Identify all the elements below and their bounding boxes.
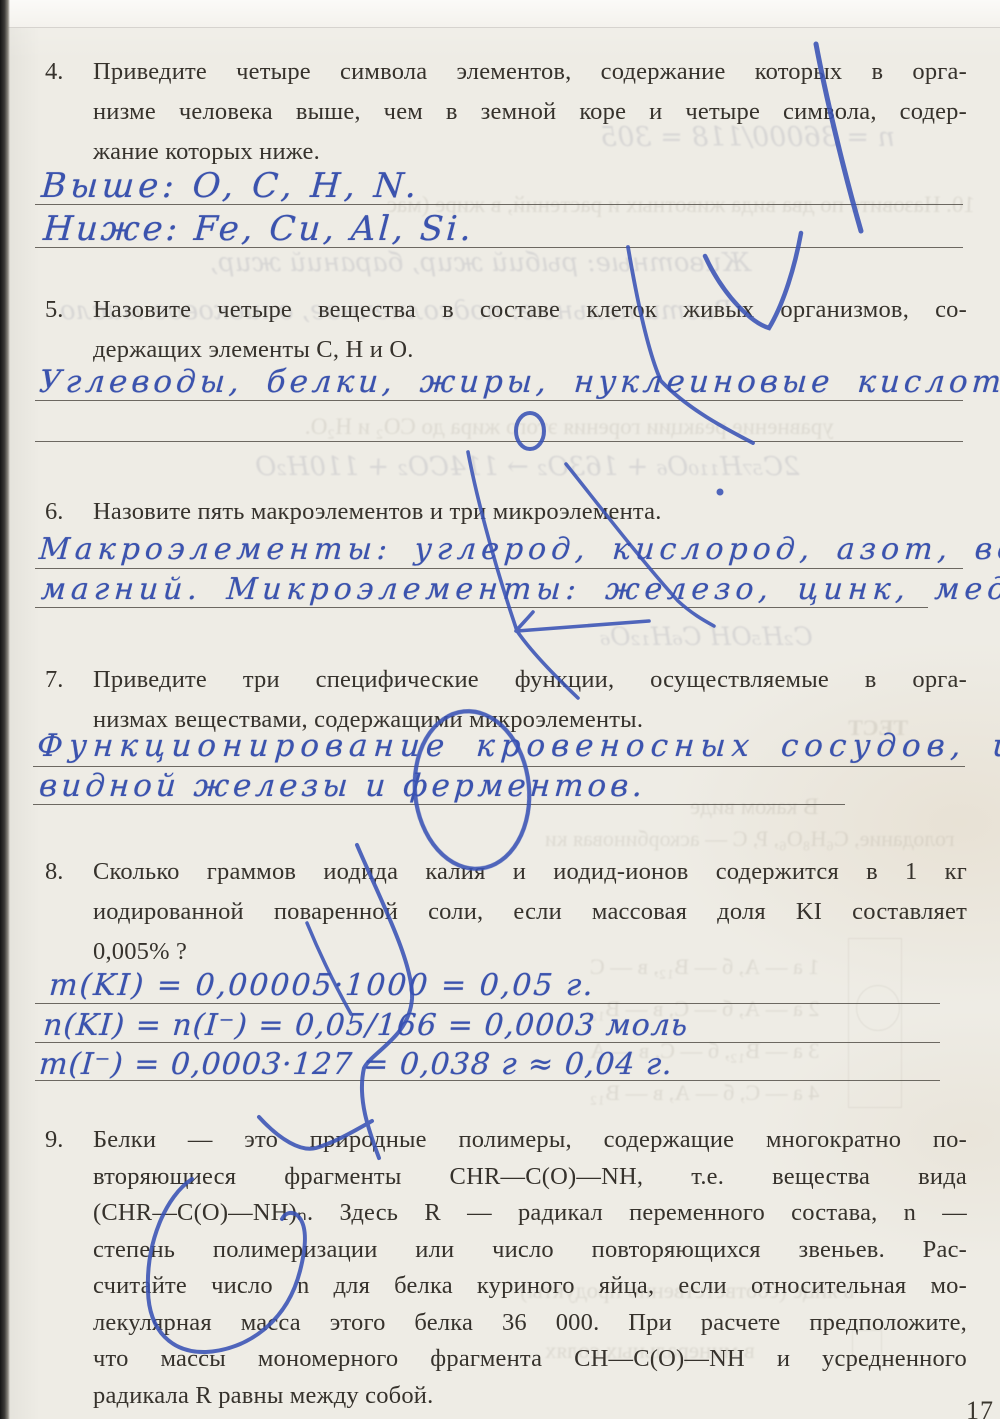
bleedthrough-text: 2C₅₇H₁₁₀O₆ + 163O₂ → 114CO₂ + 110H₂O [254,452,800,482]
handwritten-answer: Макроэлементы: углерод, кислород, азот, … [38,532,1000,567]
question-4: Приведите четыре символа элементов, соде… [93,52,967,172]
question-text-line: степень полимеризации или число повторяю… [93,1232,967,1269]
answer-ruled-line [35,568,963,569]
handwritten-answer: Функционирование кровеносных сосудов, щи… [36,728,1000,764]
question-text-line: Назовите пять макроэлементов и три микро… [93,492,967,532]
question-text-line: иодированной поваренной соли, если массо… [93,892,967,932]
bleedthrough-circle [856,985,900,1031]
answer-ruled-line [33,804,845,805]
pen-circle [516,413,544,449]
question-text-line: 0,005% ? [93,932,967,972]
scan-top-edge [0,0,1000,28]
answer-ruled-line [33,766,965,767]
question-6: Назовите пять макроэлементов и три микро… [93,492,967,532]
bleedthrough-text: C₂H₅OH C₆H₁₂O₆ [599,622,813,651]
handwritten-answer: видной железы и ферментов. [38,768,647,804]
question-text-line: Белки — это природные полимеры, содержащ… [93,1122,967,1159]
handwritten-answer: Углеводы, белки, жиры, нуклеиновые кисло… [38,364,1000,400]
question-number: 8. [45,852,91,892]
pen-stroke [517,621,649,631]
question-text-line: вторяющиеся фрагменты CHR—C(O)—NH, т.е. … [93,1159,967,1196]
bleedthrough-text: голодание, C₆H₈O₆, P, C — аскорбиновая к… [545,826,955,852]
question-text-line: Приведите три специфические функции, осу… [93,660,967,700]
question-5: Назовите четыре вещества в составе клето… [93,290,967,370]
answer-ruled-line [35,441,963,442]
question-number: 5. [45,290,91,330]
handwritten-answer: n(KI) = n(I⁻) = 0,05/166 = 0,0003 моль [42,1008,690,1043]
question-number: 4. [45,52,91,92]
question-number: 7. [45,660,91,700]
question-text-line: низме человека выше, чем в земной коре и… [93,92,967,132]
handwritten-answer: m(I⁻) = 0,0003·127 = 0,038 г ≈ 0,04 г. [38,1047,674,1082]
question-text-line: Сколько граммов иодида калия и иодид-ион… [93,852,967,892]
bleedthrough-text: Животные: рыбий жир, бараний жир, [209,248,751,278]
question-9: Белки — это природные полимеры, содержащ… [93,1122,967,1414]
question-number: 9. [45,1122,91,1159]
bleedthrough-text: В каком виде [690,794,819,820]
question-number: 6. [45,492,91,532]
scan-left-edge [0,0,10,1419]
bleedthrough-text: 4 а — С, б — А, в — В₁₂ [590,1080,820,1106]
bleedthrough-text: уравнение реакции горения этого жира до … [305,414,835,440]
answer-ruled-line [35,400,963,401]
answer-ruled-line [35,607,928,608]
question-text-line: лекулярная масса этого белка 36 000. При… [93,1305,967,1342]
question-text-line: радикала R равны между собой. [93,1378,967,1415]
workbook-page: { "page": { "number": "17", "pen_color":… [0,0,1000,1419]
page-number: 17 [966,1396,994,1419]
handwritten-answer: m(KI) = 0,00005·1000 = 0,05 г. [48,968,596,1003]
question-text-line: что массы мономерного фрагмента CH—C(O)—… [93,1341,967,1378]
pen-stroke [516,612,533,631]
question-8: Сколько граммов иодида калия и иодид-ион… [93,852,967,972]
question-text-line: Приведите четыре символа элементов, соде… [93,52,967,92]
handwritten-answer: Ниже: Fe, Cu, Al, Si. [42,209,475,249]
answer-ruled-line [35,1003,940,1004]
question-text-line: (CHR—C(O)—NH)ₙ. Здесь R — радикал переме… [93,1195,967,1232]
question-text-line: считайте число n для белка куриного яйца… [93,1268,967,1305]
handwritten-answer: Выше: O, C, H, N. [40,166,422,206]
question-text-line: Назовите четыре вещества в составе клето… [93,290,967,330]
handwritten-answer: магний. Микроэлементы: железо, цинк, мед… [40,572,1000,607]
